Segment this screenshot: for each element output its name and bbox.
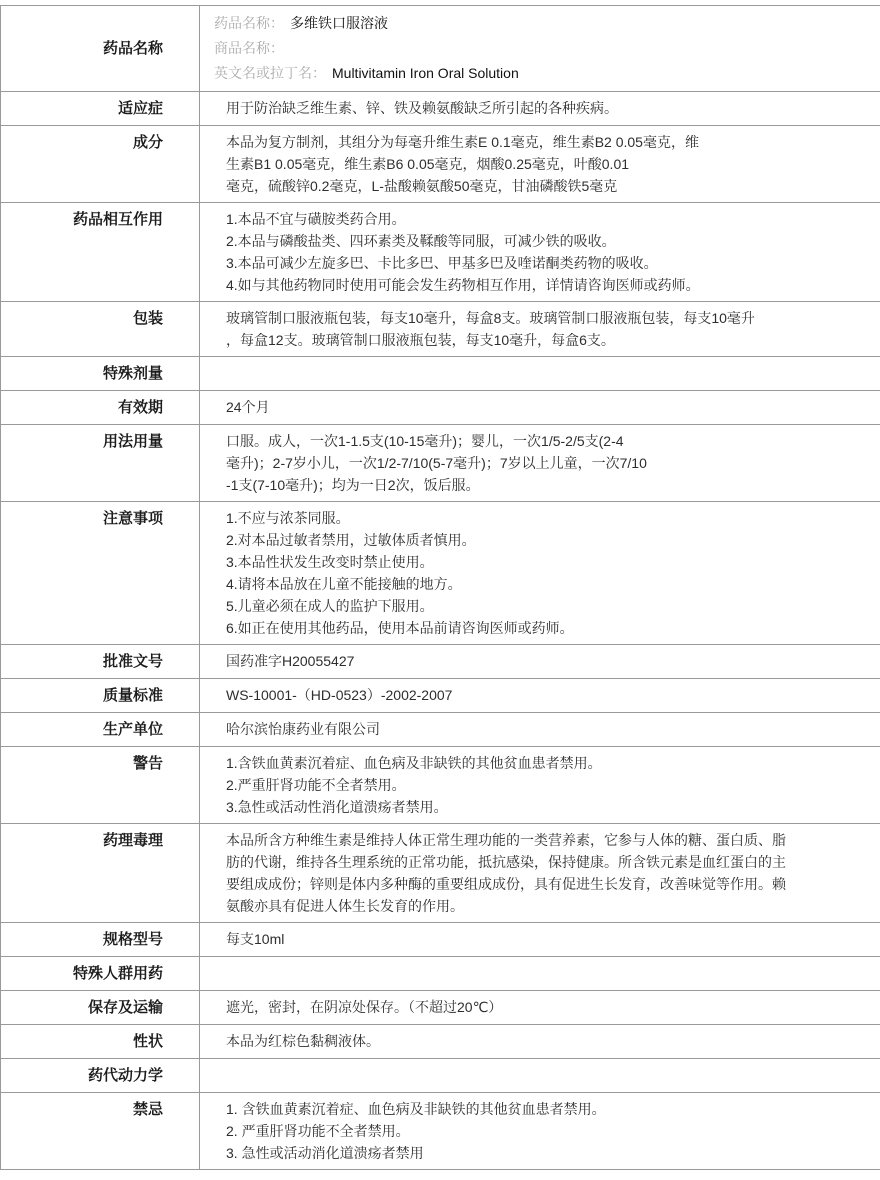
row-value: 本品为复方制剂，其组分为每毫升维生素E 0.1毫克，维生素B2 0.05毫克，维… (200, 126, 880, 202)
row-value (200, 1059, 880, 1092)
row-value: 1.含铁血黄素沉着症、血色病及非缺铁的其他贫血患者禁用。 2.严重肝肾功能不全者… (200, 747, 880, 823)
row-label: 药品相互作用 (1, 203, 200, 301)
row-value: 本品所含方种维生素是维持人体正常生理功能的一类营养素，它参与人体的糖、蛋白质、脂… (200, 824, 880, 922)
table-row: 性状 本品为红棕色黏稠液体。 (1, 1025, 880, 1059)
row-value: WS-10001-（HD-0523）-2002-2007 (200, 679, 880, 712)
row-label: 批准文号 (1, 645, 200, 678)
table-row: 适应症 用于防治缺乏维生素、锌、铁及赖氨酸缺乏所引起的各种疾病。 (1, 92, 880, 126)
row-label: 规格型号 (1, 923, 200, 956)
row-value: 1. 含铁血黄素沉着症、血色病及非缺铁的其他贫血患者禁用。 2. 严重肝肾功能不… (200, 1093, 880, 1169)
row-label: 药理毒理 (1, 824, 200, 922)
row-value (200, 357, 880, 390)
row-label: 用法用量 (1, 425, 200, 501)
name-field-line: 英文名或拉丁名：Multivitamin Iron Oral Solution (214, 61, 868, 86)
table-row: 规格型号 每支10ml (1, 923, 880, 957)
row-value: 24个月 (200, 391, 880, 424)
table-row: 包装 玻璃管制口服液瓶包装，每支10毫升，每盒8支。玻璃管制口服液瓶包装，每支1… (1, 302, 880, 357)
row-value: 哈尔滨怡康药业有限公司 (200, 713, 880, 746)
table-row: 用法用量 口服。成人，一次1-1.5支(10-15毫升)；婴儿，一次1/5-2/… (1, 425, 880, 502)
table-row: 药品相互作用 1.本品不宜与磺胺类药合用。 2.本品与磷酸盐类、四环素类及鞣酸等… (1, 203, 880, 302)
row-label: 性状 (1, 1025, 200, 1058)
row-label: 药品名称 (1, 6, 200, 91)
table-row: 特殊剂量 (1, 357, 880, 391)
table-row: 禁忌 1. 含铁血黄素沉着症、血色病及非缺铁的其他贫血患者禁用。 2. 严重肝肾… (1, 1093, 880, 1170)
row-label: 包装 (1, 302, 200, 356)
name-field-line: 商品名称： (214, 36, 868, 61)
row-value: 本品为红棕色黏稠液体。 (200, 1025, 880, 1058)
row-value: 1.不应与浓茶同服。 2.对本品过敏者禁用，过敏体质者慎用。 3.本品性状发生改… (200, 502, 880, 644)
row-value: 国药准字H20055427 (200, 645, 880, 678)
row-value (200, 957, 880, 990)
field-value (284, 40, 290, 56)
row-label: 警告 (1, 747, 200, 823)
table-row: 特殊人群用药 (1, 957, 880, 991)
field-key: 英文名或拉丁名： (214, 65, 326, 81)
field-key: 药品名称： (214, 15, 284, 31)
row-value: 1.本品不宜与磺胺类药合用。 2.本品与磷酸盐类、四环素类及鞣酸等同服，可减少铁… (200, 203, 880, 301)
table-row: 生产单位 哈尔滨怡康药业有限公司 (1, 713, 880, 747)
row-value: 口服。成人，一次1-1.5支(10-15毫升)；婴儿，一次1/5-2/5支(2-… (200, 425, 880, 501)
drug-info-table: 药品名称 药品名称：多维铁口服溶液 商品名称： 英文名或拉丁名：Multivit… (0, 5, 880, 1170)
row-label: 特殊人群用药 (1, 957, 200, 990)
table-row: 成分 本品为复方制剂，其组分为每毫升维生素E 0.1毫克，维生素B2 0.05毫… (1, 126, 880, 203)
table-row: 警告 1.含铁血黄素沉着症、血色病及非缺铁的其他贫血患者禁用。 2.严重肝肾功能… (1, 747, 880, 824)
row-label: 适应症 (1, 92, 200, 125)
field-value: Multivitamin Iron Oral Solution (326, 65, 519, 81)
table-row: 药品名称 药品名称：多维铁口服溶液 商品名称： 英文名或拉丁名：Multivit… (1, 6, 880, 92)
row-label: 质量标准 (1, 679, 200, 712)
table-row: 质量标准 WS-10001-（HD-0523）-2002-2007 (1, 679, 880, 713)
row-label: 保存及运输 (1, 991, 200, 1024)
name-field-line: 药品名称：多维铁口服溶液 (214, 11, 868, 36)
table-row: 有效期 24个月 (1, 391, 880, 425)
table-row: 保存及运输 遮光，密封，在阴凉处保存。（不超过20℃） (1, 991, 880, 1025)
row-label: 药代动力学 (1, 1059, 200, 1092)
table-row: 药理毒理 本品所含方种维生素是维持人体正常生理功能的一类营养素，它参与人体的糖、… (1, 824, 880, 923)
row-label: 生产单位 (1, 713, 200, 746)
row-value: 用于防治缺乏维生素、锌、铁及赖氨酸缺乏所引起的各种疾病。 (200, 92, 880, 125)
table-row: 注意事项 1.不应与浓茶同服。 2.对本品过敏者禁用，过敏体质者慎用。 3.本品… (1, 502, 880, 645)
field-key: 商品名称： (214, 40, 284, 56)
row-label: 特殊剂量 (1, 357, 200, 390)
row-label: 禁忌 (1, 1093, 200, 1169)
row-label: 成分 (1, 126, 200, 202)
row-label: 注意事项 (1, 502, 200, 644)
row-value: 玻璃管制口服液瓶包装，每支10毫升，每盒8支。玻璃管制口服液瓶包装，每支10毫升… (200, 302, 880, 356)
row-value: 每支10ml (200, 923, 880, 956)
row-label: 有效期 (1, 391, 200, 424)
row-value: 药品名称：多维铁口服溶液 商品名称： 英文名或拉丁名：Multivitamin … (200, 6, 880, 91)
table-row: 批准文号 国药准字H20055427 (1, 645, 880, 679)
row-value: 遮光，密封，在阴凉处保存。（不超过20℃） (200, 991, 880, 1024)
field-value: 多维铁口服溶液 (284, 15, 388, 31)
table-row: 药代动力学 (1, 1059, 880, 1093)
